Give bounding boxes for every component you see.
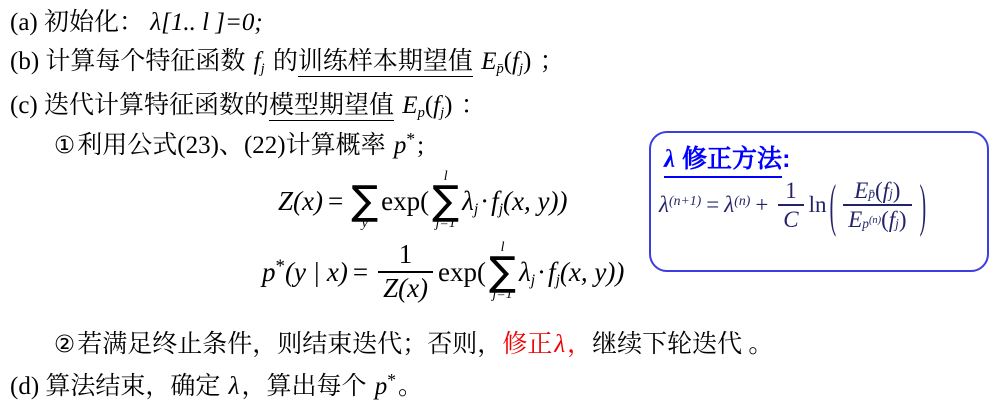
dot-operator: · xyxy=(480,186,489,217)
f-j-symbol: fj xyxy=(548,257,560,288)
step-a-init-math: λ[1.. l ]=0; xyxy=(150,9,262,36)
substep-2-text-2: 继续下轮迭代 。 xyxy=(592,331,773,358)
big-close-paren: ) xyxy=(919,176,926,235)
equals-sign: = xyxy=(328,186,343,217)
p-star-symbol: p* xyxy=(375,373,396,400)
exp-open: exp( xyxy=(381,186,429,217)
p-star-symbol: p* xyxy=(262,257,285,288)
lambda-n: λ(n) xyxy=(724,192,750,218)
sum-over-j: l ∑ j=1 xyxy=(489,241,516,304)
step-a-text: 初始化： xyxy=(44,9,144,36)
box-title-colon: : xyxy=(782,145,790,173)
substep-1-line: ①利用公式(23)、(22)计算概率 p*; xyxy=(54,130,424,163)
sum-symbol: ∑ xyxy=(432,185,459,218)
step-d-line: (d) 算法结束，确定 λ，算出每个 p*。 xyxy=(10,371,423,404)
step-c-punct: ： xyxy=(461,92,486,119)
formula-z-args: (x, y)) xyxy=(503,186,567,217)
f-j-symbol: fj xyxy=(491,186,503,217)
model-expectation-n-symbol: Ep(n)(fj) xyxy=(843,204,911,233)
sum-symbol: ∑ xyxy=(351,185,378,218)
step-b-punct: ； xyxy=(540,48,565,75)
algorithm-slide: (a) 初始化： λ[1.. l ]=0; (b) 计算每个特征函数 fj 的训… xyxy=(0,0,1002,415)
plus-sign: + xyxy=(755,192,768,218)
step-b-line: (b) 计算每个特征函数 fj 的训练样本期望值 Ep̄(fj) ； xyxy=(10,46,565,79)
step-d-label: (d) xyxy=(10,373,39,400)
formula-p-args: (y | x) xyxy=(285,257,348,288)
formula-p-args-tail: (x, y)) xyxy=(560,257,624,288)
step-c-text-1: 迭代计算特征函数的 xyxy=(44,92,269,119)
empirical-expectation-symbol: Ep̄(fj) xyxy=(849,177,905,204)
lambda-n-plus-1: λ(n+1) xyxy=(659,192,701,218)
circled-one-bullet: ① xyxy=(54,131,75,159)
substep-2-line: ②若满足终止条件，则结束迭代；否则，修正λ，继续下轮迭代 。 xyxy=(54,329,773,362)
partition-function-formula: Z(x) = ∑ y exp( l ∑ j=1 λj · fj (x, y)) xyxy=(278,168,568,234)
step-c-label: (c) xyxy=(10,92,38,119)
dot-operator: · xyxy=(537,257,546,288)
training-sample-expectation-term: 训练样本期望值 xyxy=(298,48,473,77)
lambda-symbol: λ xyxy=(554,331,565,358)
formula-z-lhs: Z(x) xyxy=(278,186,323,217)
one-over-c-fraction: 1 C xyxy=(778,177,803,234)
ln-operator: ln xyxy=(809,192,827,218)
sum-symbol: ∑ xyxy=(489,256,516,289)
box-title-text: 修正方法 xyxy=(675,145,782,173)
lambda-j-symbol: λj xyxy=(462,186,478,217)
step-c-line: (c) 迭代计算特征函数的模型期望值 Ep(fj) ： xyxy=(10,90,486,123)
sum-over-y: ∑ y xyxy=(351,170,378,233)
red-highlight-update-lambda: 修正λ， xyxy=(502,331,592,358)
exp-open: exp( xyxy=(438,257,486,288)
one-over-z-fraction: 1 Z(x) xyxy=(378,239,433,304)
p-star-symbol: p* xyxy=(394,132,415,159)
box-title: λ 修正方法: xyxy=(664,139,790,178)
step-a-line: (a) 初始化： λ[1.. l ]=0; xyxy=(10,7,263,40)
equals-sign: = xyxy=(706,192,719,218)
probability-formula: p* (y | x) = 1 Z(x) exp( l ∑ j=1 λj · fj… xyxy=(262,234,624,310)
empirical-expectation-symbol: Ep̄(fj) xyxy=(481,48,531,75)
substep-1-text: 利用公式(23)、(22)计算概率 xyxy=(77,132,385,159)
step-d-text-1: 算法结束，确定 xyxy=(45,373,220,400)
sum-over-j: l ∑ j=1 xyxy=(432,170,459,233)
lambda-symbol: λ xyxy=(229,373,240,400)
lambda-update-formula: λ(n+1) = λ(n) + 1 C ln ( Ep̄(fj) Ep(n)(f… xyxy=(659,177,928,234)
substep-1-punct: ; xyxy=(417,132,424,159)
equals-sign: = xyxy=(353,257,368,288)
feature-function-symbol: fj xyxy=(254,48,265,75)
model-expectation-term: 模型期望值 xyxy=(269,92,394,121)
step-d-text-2: ，算出每个 xyxy=(242,373,367,400)
step-a-label: (a) xyxy=(10,9,38,36)
model-expectation-symbol: Ep(fj) xyxy=(402,92,452,119)
lambda-update-callout-box: λ 修正方法: λ(n+1) = λ(n) + 1 C ln ( Ep̄(fj)… xyxy=(649,131,989,272)
lambda-j-symbol: λj xyxy=(519,257,535,288)
step-d-punct: 。 xyxy=(398,373,423,400)
expectation-ratio-fraction: Ep̄(fj) Ep(n)(fj) xyxy=(843,177,911,234)
step-b-text-1: 计算每个特征函数 xyxy=(45,48,245,75)
step-b-label: (b) xyxy=(10,48,39,75)
circled-two-bullet: ② xyxy=(54,330,75,358)
step-b-text-2: 的 xyxy=(273,48,298,75)
big-open-paren: ( xyxy=(829,176,836,235)
lambda-symbol: λ xyxy=(664,146,675,173)
substep-2-text-1: 若满足终止条件，则结束迭代；否则， xyxy=(77,331,502,358)
